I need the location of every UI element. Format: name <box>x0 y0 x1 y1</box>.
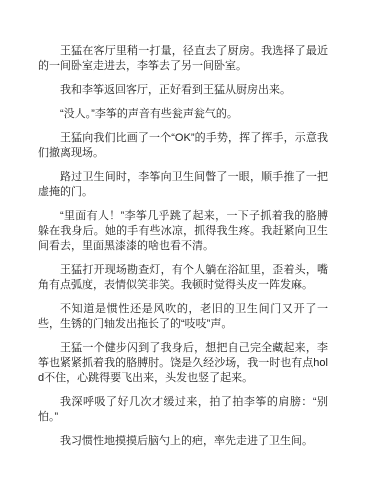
paragraph: “里面有人！”李筝几乎跳了起来，一下子抓着我的胳膊躲在我身后。她的手有些冰凉，抓… <box>38 209 328 254</box>
paragraph: 王猛在客厅里稍一打量，径直去了厨房。我选择了最近的一间卧室走进去，李筝去了另一间… <box>38 44 328 74</box>
document-page: 王猛在客厅里稍一打量，径直去了厨房。我选择了最近的一间卧室走进去，李筝去了另一间… <box>0 0 370 480</box>
paragraph: 王猛打开现场勘查灯，有个人躺在浴缸里，歪着头，嘴角有点弧度，表情似笑非笑。我顿时… <box>38 263 328 293</box>
paragraph: 不知道是惯性还是风吹的，老旧的卫生间门又开了一些，生锈的门轴发出拖长了的“吱吱”… <box>38 302 328 332</box>
paragraph: 我深呼吸了好几次才缓过来，拍了拍李筝的肩膀：“别怕。” <box>38 395 328 425</box>
paragraph: 王猛向我们比画了一个“OK”的手势，挥了挥手，示意我们撤离现场。 <box>38 131 328 161</box>
paragraph: 路过卫生间时，李筝向卫生间瞥了一眼，顺手推了一把虚掩的门。 <box>38 170 328 200</box>
paragraph: 我习惯性地摸摸后脑勺上的疤，率先走进了卫生间。 <box>38 434 328 449</box>
paragraph: 王猛一个健步闪到了我身后，想把自己完全藏起来，李筝也紧紧抓着我的胳膊肘。饶是久经… <box>38 341 328 386</box>
paragraph: 我和李筝返回客厅，正好看到王猛从厨房出来。 <box>38 83 328 98</box>
paragraph: “没人。”李筝的声音有些瓮声瓮气的。 <box>38 107 328 122</box>
